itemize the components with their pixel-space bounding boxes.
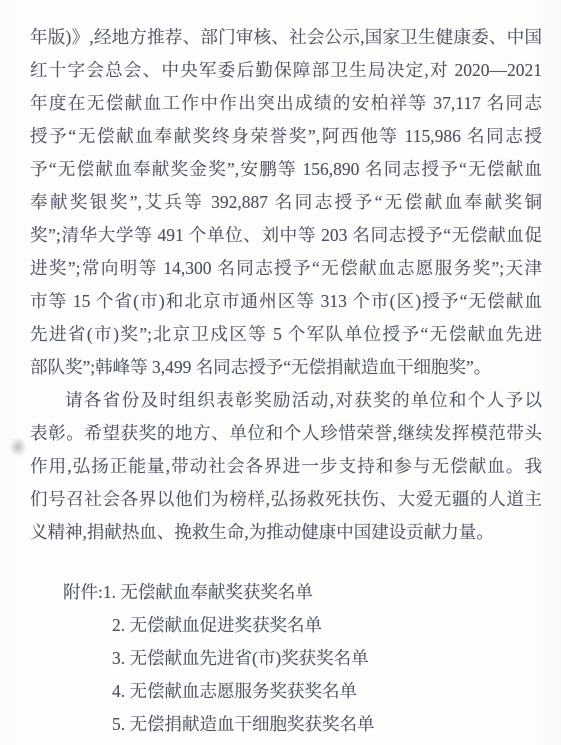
body-line: 年版)》,经地方推荐、部门审核、社会公示,国家卫生健康委、中国 [30, 21, 542, 54]
attachment-item: 5. 无偿捐献造血干细胞奖获奖名单 [30, 708, 542, 741]
body-line: 奖”;清华大学等 491 个单位、刘中等 203 名同志授予“无偿献血促 [30, 219, 542, 252]
body-line: 先进省(市)奖”;北京卫戍区等 5 个军队单位授予“无偿献血先进 [30, 318, 542, 351]
body-line: 们号召社会各界以他们为榜样,弘扬救死扶伤、大爱无疆的人道主 [30, 483, 542, 516]
body-line: 予“无偿献血奉献奖金奖”,安鹏等 156,890 名同志授予“无偿献血 [30, 153, 542, 186]
attachment-line: 附件:1. 无偿献血奉献奖获奖名单 [30, 576, 542, 609]
document-page: 年版)》,经地方推荐、部门审核、社会公示,国家卫生健康委、中国 红十字会总会、中… [0, 0, 561, 745]
attachments-list: 附件:1. 无偿献血奉献奖获奖名单 2. 无偿献血促进奖获奖名单 3. 无偿献血… [30, 576, 542, 741]
attachment-item: 3. 无偿献血先进省(市)奖获奖名单 [30, 642, 542, 675]
attachment-item: 1. 无偿献血奉献奖获奖名单 [103, 582, 313, 602]
notice-body: 年版)》,经地方推荐、部门审核、社会公示,国家卫生健康委、中国 红十字会总会、中… [30, 21, 542, 741]
body-line: 市等 15 个省(市)和北京市通州区等 313 个市(区)授予“无偿献血 [30, 285, 542, 318]
body-line: 请各省份及时组织表彰奖励活动,对获奖的单位和个人予以 [30, 384, 542, 417]
body-line: 红十字会总会、中央军委后勤保障部卫生局决定,对 2020—2021 [30, 54, 542, 87]
attachments-label: 附件: [63, 582, 103, 602]
attachment-item: 2. 无偿献血促进奖获奖名单 [30, 609, 542, 642]
body-line: 部队奖”;韩峰等 3,499 名同志授予“无偿捐献造血干细胞奖”。 [30, 351, 542, 384]
scan-smudge [9, 437, 27, 457]
attachment-item: 4. 无偿献血志愿服务奖获奖名单 [30, 675, 542, 708]
body-line: 进奖”;常向明等 14,300 名同志授予“无偿献血志愿服务奖”;天津 [30, 252, 542, 285]
body-line: 奉献奖银奖”,艾兵等 392,887 名同志授予“无偿献血奉献奖铜 [30, 186, 542, 219]
body-line: 表彰。希望获奖的地方、单位和个人珍惜荣誉,继续发挥模范带头 [30, 417, 542, 450]
body-line: 授予“无偿献血奉献奖终身荣誉奖”,阿西他等 115,986 名同志授 [30, 120, 542, 153]
body-line: 作用,弘扬正能量,带动社会各界进一步支持和参与无偿献血。我 [30, 450, 542, 483]
body-line: 义精神,捐献热血、挽救生命,为推动健康中国建设贡献力量。 [30, 516, 542, 549]
body-line: 年度在无偿献血工作中作出突出成绩的安柏祥等 37,117 名同志 [30, 87, 542, 120]
